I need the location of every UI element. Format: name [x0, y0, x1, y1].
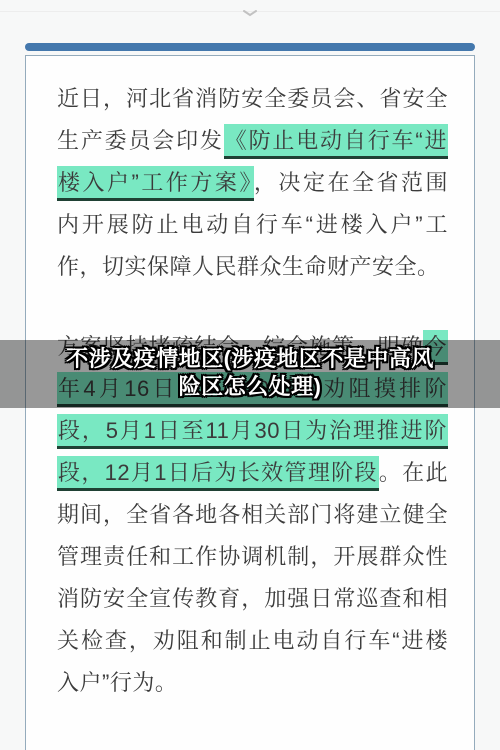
- text-line: 消防安全宣传教育，加强日常巡查和相: [57, 578, 448, 620]
- text-segment: ，决定在全省范围: [254, 170, 448, 195]
- text-segment: 期间，全省各地各相关部门将建立健全: [57, 502, 448, 527]
- text-line: 管理责任和工作协调机制，开展群众性: [57, 536, 448, 578]
- article-screenshot-page: 近日，河北省消防安全委员会、省安全生产委员会印发《防止电动自行车“进楼入户”工作…: [0, 0, 500, 750]
- text-line: 楼入户”工作方案》，决定在全省范围: [57, 162, 448, 204]
- text-segment: 入户”行为。: [57, 670, 177, 695]
- text-line: 作，切实保障人民群众生命财产安全。: [57, 246, 448, 288]
- text-segment: 内开展防止电动自行车“进楼入户”工: [57, 212, 448, 237]
- text-segment: 。在此: [379, 460, 448, 485]
- text-line: 近日，河北省消防安全委员会、省安全: [57, 78, 448, 120]
- highlighted-text: 段，12月1日后为长效管理阶段: [57, 456, 379, 491]
- accent-bar: [25, 43, 475, 51]
- text-line: 期间，全省各地各相关部门将建立健全: [57, 494, 448, 536]
- overlay-title-line: 险区怎么处理): [0, 373, 500, 401]
- overlay-title-line: 不涉及疫情地区(涉疫地区不是中高风: [0, 345, 500, 373]
- highlighted-text: 楼入户”工作方案》: [57, 166, 254, 201]
- text-segment: 消防安全宣传教育，加强日常巡查和相: [57, 586, 448, 611]
- title-overlay: 不涉及疫情地区(涉疫地区不是中高风险区怎么处理): [0, 340, 500, 401]
- highlighted-text: 段，5月1日至11月30日为治理推进阶: [57, 414, 448, 449]
- text-line: 关检查，劝阻和制止电动自行车“进楼: [57, 620, 448, 662]
- text-line: 段，12月1日后为长效管理阶段。在此: [57, 452, 448, 494]
- text-segment: 关检查，劝阻和制止电动自行车“进楼: [57, 628, 448, 653]
- text-line: 段，5月1日至11月30日为治理推进阶: [57, 410, 448, 452]
- text-segment: 管理责任和工作协调机制，开展群众性: [57, 544, 448, 569]
- text-segment: 作，切实保障人民群众生命财产安全。: [57, 254, 440, 279]
- paragraph: 近日，河北省消防安全委员会、省安全生产委员会印发《防止电动自行车“进楼入户”工作…: [57, 78, 448, 288]
- highlighted-text: 《防止电动自行车“进: [224, 124, 448, 159]
- text-segment: 生产委员会印发: [57, 128, 224, 153]
- text-segment: 近日，河北省消防安全委员会、省安全: [57, 86, 448, 111]
- text-line: 生产委员会印发《防止电动自行车“进: [57, 120, 448, 162]
- text-line: 内开展防止电动自行车“进楼入户”工: [57, 204, 448, 246]
- collapse-chevron-icon: [243, 4, 257, 12]
- text-line: 入户”行为。: [57, 662, 448, 704]
